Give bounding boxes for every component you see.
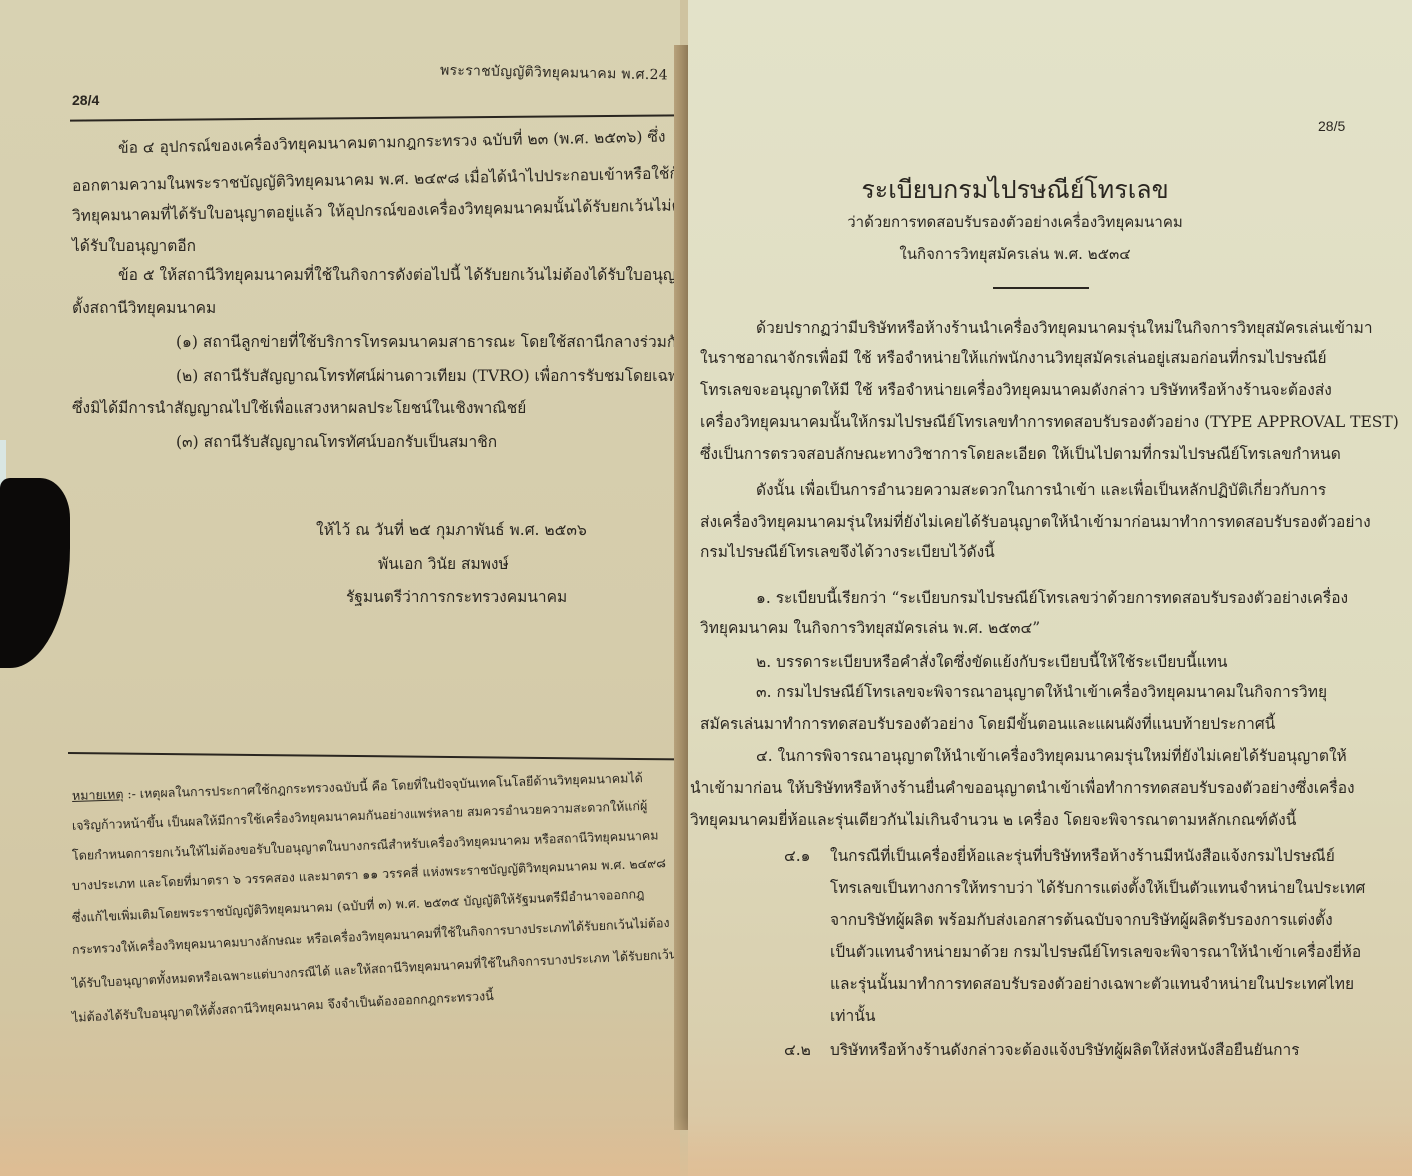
text-line: ด้วยปรากฏว่ามีบริษัทหรือห้างร้านนำเครื่อ…: [756, 318, 1373, 338]
text-line: เครื่องวิทยุคมนาคมนั้นให้กรมไปรษณีย์โทรเ…: [700, 412, 1399, 432]
text-line: ในกรณีที่เป็นเครื่องยี่ห้อและรุ่นที่บริษ…: [830, 846, 1335, 866]
text-line: ซึ่งมิได้มีการนำสัญญาณไปใช้เพื่อแสวงหาผล…: [72, 398, 526, 418]
text-line: นำเข้ามาก่อน ให้บริษัทหรือห้างร้านยื่นคำ…: [690, 778, 1355, 798]
signing-date: ให้ไว้ ณ วันที่ ๒๕ กุมภาพันธ์ พ.ศ. ๒๕๓๖: [316, 520, 587, 540]
text-line: ไม่ต้องได้รับใบอนุญาตให้ตั้งสถานีวิทยุคม…: [71, 986, 494, 1028]
text-line: บริษัทหรือห้างร้านดังกล่าวจะต้องแจ้งบริษ…: [830, 1040, 1300, 1060]
footnote-rule: [68, 752, 680, 760]
text-line: เป็นตัวแทนจำหน่ายมาด้วย กรมไปรษณีย์โทรเล…: [830, 942, 1361, 962]
title-rule: [993, 287, 1089, 289]
text-line: ออกตามความในพระราชบัญญัติวิทยุคมนาคม พ.ศ…: [72, 162, 680, 196]
remark-label: หมายเหตุ: [72, 786, 124, 803]
list-item: (๓) สถานีรับสัญญาณโทรทัศน์บอกรับเป็นสมาช…: [176, 432, 497, 452]
signatory-name: พันเอก วินัย สมพงษ์: [378, 554, 509, 574]
header-rule: [70, 114, 680, 121]
left-page: พระราชบัญญัติวิทยุคมนาคม พ.ศ.24 28/4 ข้อ…: [0, 0, 680, 1176]
text-line: ข้อ ๕ ให้สถานีวิทยุคมนาคมที่ใช้ในกิจการด…: [118, 265, 680, 285]
text-line: โทรเลขเป็นทางการให้ทราบว่า ได้รับการแต่ง…: [830, 878, 1365, 898]
text-line: ๑. ระเบียบนี้เรียกว่า “ระเบียบกรมไปรษณีย…: [756, 588, 1348, 608]
subclause-number: ๔.๒: [784, 1040, 811, 1060]
text-line: วิทยุคมนาคมที่ได้รับใบอนุญาตอยู่แล้ว ให้…: [72, 195, 680, 226]
signatory-position: รัฐมนตรีว่าการกระทรวงคมนาคม: [346, 587, 567, 607]
remark-text: :- เหตุผลในการประกาศใช้กฎกระทรวงฉบับนี้ …: [123, 770, 643, 801]
text-line: โทรเลขจะอนุญาตให้มี ใช้ หรือจำหน่ายเครื่…: [700, 380, 1332, 400]
page-number: 28/5: [1318, 118, 1345, 134]
book-spine-gutter: [674, 45, 688, 1130]
text-line: ได้รับใบอนุญาตอีก: [72, 236, 196, 256]
text-line: ๔. ในการพิจารณาอนุญาตให้นำเข้าเครื่องวิท…: [756, 746, 1347, 766]
text-line: กรมไปรษณีย์โทรเลขจึงได้วางระเบียบไว้ดังน…: [700, 542, 995, 562]
page-number: 28/4: [72, 92, 99, 108]
list-item: (๒) สถานีรับสัญญาณโทรทัศน์ผ่านดาวเทียม (…: [176, 366, 680, 386]
text-line: ๓. กรมไปรษณีย์โทรเลขจะพิจารณาอนุญาตให้นำ…: [756, 682, 1327, 702]
text-line: สมัครเล่นมาทำการทดสอบรับรองตัวอย่าง โดยม…: [700, 714, 1275, 734]
text-line: วิทยุคมนาคมยี่ห้อและรุ่นเดียวกันไม่เกินจ…: [690, 810, 1296, 830]
running-head: พระราชบัญญัติวิทยุคมนาคม พ.ศ.24: [440, 60, 668, 87]
article-2: ๒. บรรดาระเบียบหรือคำสั่งใดซึ่งขัดแย้งกั…: [756, 652, 1228, 672]
text-line: ตั้งสถานีวิทยุคมนาคม: [72, 298, 216, 318]
text-line: และรุ่นนั้นมาทำการทดสอบรับรองตัวอย่างเฉพ…: [830, 974, 1354, 994]
text-line: จากบริษัทผู้ผลิต พร้อมกับส่งเอกสารต้นฉบั…: [830, 910, 1333, 930]
bottom-shadow: [0, 1116, 1412, 1176]
text-line: ซึ่งเป็นการตรวจสอบลักษณะทางวิชาการโดยละเ…: [700, 444, 1341, 464]
text-line: ข้อ ๔ อุปกรณ์ของเครื่องวิทยุคมนาคมตามกฎก…: [118, 127, 666, 158]
regulation-title: ระเบียบกรมไปรษณีย์โทรเลข: [688, 170, 1377, 210]
subclause-number: ๔.๑: [784, 846, 811, 866]
regulation-subtitle: ในกิจการวิทยุสมัครเล่น พ.ศ. ๒๕๓๔: [688, 242, 1377, 266]
regulation-subtitle: ว่าด้วยการทดสอบรับรองตัวอย่างเครื่องวิทย…: [688, 210, 1377, 234]
text-line: เท่านั้น: [830, 1006, 875, 1026]
text-line: วิทยุคมนาคม ในกิจการวิทยุสมัครเล่น พ.ศ. …: [700, 618, 1040, 638]
list-item: (๑) สถานีลูกข่ายที่ใช้บริการโทรคมนาคมสาธ…: [176, 332, 680, 352]
text-line: ในราชอาณาจักรเพื่อมี ใช้ หรือจำหน่ายให้แ…: [700, 348, 1327, 368]
text-line: ส่งเครื่องวิทยุคมนาคมรุ่นใหม่ที่ยังไม่เค…: [700, 512, 1371, 532]
text-line: ดังนั้น เพื่อเป็นการอำนวยความสะดวกในการน…: [756, 480, 1326, 500]
right-page: 28/5 ระเบียบกรมไปรษณีย์โทรเลข ว่าด้วยการ…: [688, 0, 1412, 1176]
